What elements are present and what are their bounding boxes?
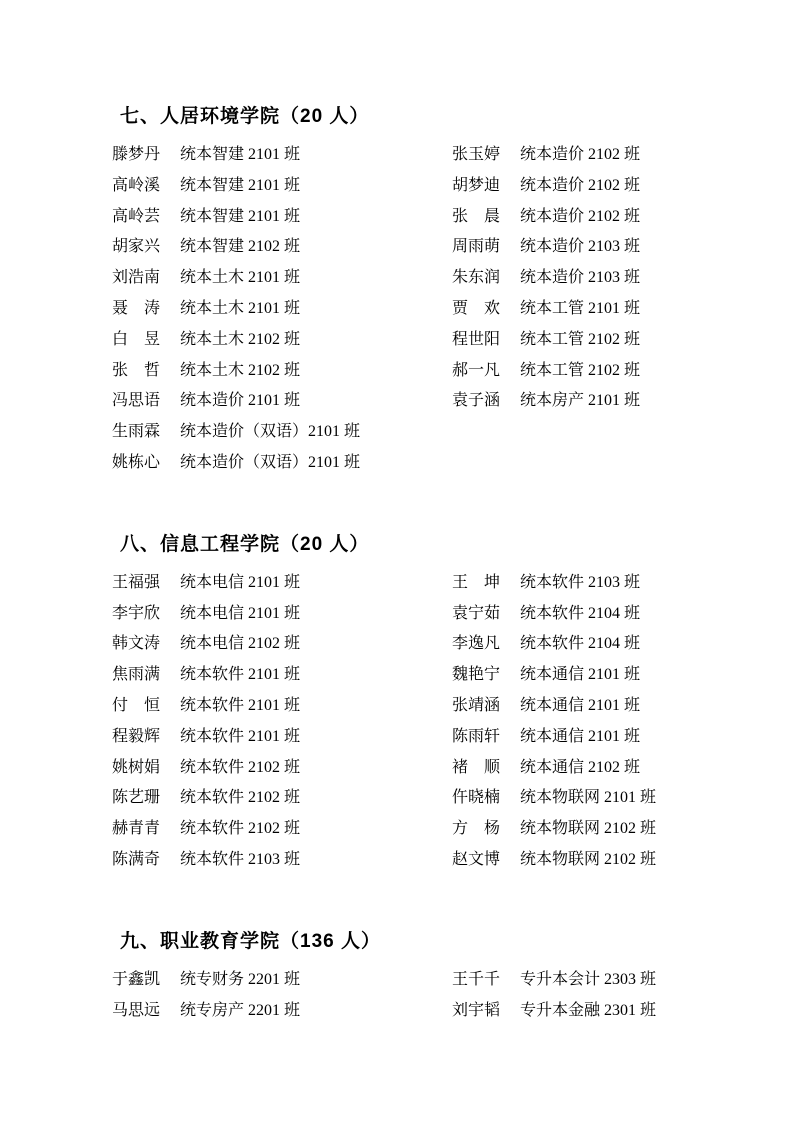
student-name: 马思远	[112, 1003, 180, 1019]
student-row: 焦雨满 统本软件 2101 班	[112, 667, 452, 683]
section-vocational-education: 九、职业教育学院（136 人） 于鑫凯 统专财务 2201 班 马思远 统专房产…	[112, 932, 757, 1034]
student-row: 仵晓楠 统本物联网 2101 班	[452, 790, 757, 806]
column-left: 于鑫凯 统专财务 2201 班 马思远 统专房产 2201 班	[112, 972, 452, 1034]
student-name: 袁子涵	[452, 393, 520, 409]
section-columns: 王福强 统本电信 2101 班 李宇欣 统本电信 2101 班 韩文涛 统本电信…	[112, 575, 757, 883]
student-name: 姚树娟	[112, 760, 180, 776]
student-name: 生雨霖	[112, 424, 180, 440]
student-row: 白 昱 统本土木 2102 班	[112, 332, 452, 348]
student-class: 统本工管 2102 班	[520, 332, 757, 348]
student-class: 统本通信 2101 班	[520, 698, 757, 714]
student-row: 张玉婷 统本造价 2102 班	[452, 147, 757, 163]
student-name: 张 晨	[452, 209, 520, 225]
student-name: 王福强	[112, 575, 180, 591]
student-row: 付 恒 统本软件 2101 班	[112, 698, 452, 714]
section-title: 九、职业教育学院（136 人）	[120, 932, 757, 952]
student-row: 姚栋心 统本造价（双语）2101 班	[112, 455, 452, 471]
student-class: 统本软件 2104 班	[520, 606, 757, 622]
student-name: 周雨萌	[452, 239, 520, 255]
student-name: 姚栋心	[112, 455, 180, 471]
student-class: 统本软件 2102 班	[180, 760, 452, 776]
student-row: 张 晨 统本造价 2102 班	[452, 209, 757, 225]
student-class: 统本电信 2102 班	[180, 636, 452, 652]
student-class: 统本造价 2102 班	[520, 209, 757, 225]
student-class: 统本软件 2101 班	[180, 698, 452, 714]
student-name: 刘宇韬	[452, 1003, 520, 1019]
student-name: 胡梦迪	[452, 178, 520, 194]
student-row: 胡家兴 统本智建 2102 班	[112, 239, 452, 255]
student-class: 统本智建 2101 班	[180, 147, 452, 163]
student-row: 王 坤 统本软件 2103 班	[452, 575, 757, 591]
student-row: 王福强 统本电信 2101 班	[112, 575, 452, 591]
student-row: 赵文博 统本物联网 2102 班	[452, 852, 757, 868]
student-row: 程毅辉 统本软件 2101 班	[112, 729, 452, 745]
student-row: 滕梦丹 统本智建 2101 班	[112, 147, 452, 163]
student-class: 统本物联网 2102 班	[520, 821, 757, 837]
student-row: 张 哲 统本土木 2102 班	[112, 363, 452, 379]
student-class: 统专财务 2201 班	[180, 972, 452, 988]
student-row: 贾 欢 统本工管 2101 班	[452, 301, 757, 317]
student-name: 魏艳宁	[452, 667, 520, 683]
student-class: 统本土木 2102 班	[180, 332, 452, 348]
student-class: 统本软件 2103 班	[180, 852, 452, 868]
student-class: 统本土木 2102 班	[180, 363, 452, 379]
section-information-engineering: 八、信息工程学院（20 人） 王福强 统本电信 2101 班 李宇欣 统本电信 …	[112, 535, 757, 883]
student-row: 刘浩南 统本土木 2101 班	[112, 270, 452, 286]
student-name: 李逸凡	[452, 636, 520, 652]
student-row: 袁子涵 统本房产 2101 班	[452, 393, 757, 409]
student-name: 程世阳	[452, 332, 520, 348]
student-name: 陈满奇	[112, 852, 180, 868]
student-name: 冯思语	[112, 393, 180, 409]
section-title: 七、人居环境学院（20 人）	[120, 107, 757, 127]
student-name: 李宇欣	[112, 606, 180, 622]
student-class: 统本通信 2102 班	[520, 760, 757, 776]
student-row: 聂 涛 统本土木 2101 班	[112, 301, 452, 317]
section-columns: 于鑫凯 统专财务 2201 班 马思远 统专房产 2201 班 王千千 专升本会…	[112, 972, 757, 1034]
student-name: 高岭芸	[112, 209, 180, 225]
student-row: 赫青青 统本软件 2102 班	[112, 821, 452, 837]
student-class: 统本软件 2101 班	[180, 667, 452, 683]
student-name: 高岭溪	[112, 178, 180, 194]
student-class: 统本房产 2101 班	[520, 393, 757, 409]
student-name: 于鑫凯	[112, 972, 180, 988]
student-class: 统本工管 2101 班	[520, 301, 757, 317]
column-right: 王千千 专升本会计 2303 班 刘宇韬 专升本金融 2301 班	[452, 972, 757, 1034]
student-name: 张玉婷	[452, 147, 520, 163]
student-name: 刘浩南	[112, 270, 180, 286]
student-name: 仵晓楠	[452, 790, 520, 806]
student-name: 朱东润	[452, 270, 520, 286]
student-row: 刘宇韬 专升本金融 2301 班	[452, 1003, 757, 1019]
student-name: 郝一凡	[452, 363, 520, 379]
student-class: 统本物联网 2102 班	[520, 852, 757, 868]
student-class: 统本造价（双语）2101 班	[180, 455, 452, 471]
student-class: 统本造价（双语）2101 班	[180, 424, 452, 440]
student-row: 袁宁茹 统本软件 2104 班	[452, 606, 757, 622]
column-right: 张玉婷 统本造价 2102 班 胡梦迪 统本造价 2102 班 张 晨 统本造价…	[452, 147, 757, 424]
student-class: 统本软件 2101 班	[180, 729, 452, 745]
student-row: 马思远 统专房产 2201 班	[112, 1003, 452, 1019]
student-row: 于鑫凯 统专财务 2201 班	[112, 972, 452, 988]
student-class: 统本智建 2102 班	[180, 239, 452, 255]
student-name: 付 恒	[112, 698, 180, 714]
document-content: 七、人居环境学院（20 人） 滕梦丹 统本智建 2101 班 高岭溪 统本智建 …	[112, 107, 757, 1082]
student-row: 魏艳宁 统本通信 2101 班	[452, 667, 757, 683]
student-name: 白 昱	[112, 332, 180, 348]
student-name: 褚 顺	[452, 760, 520, 776]
student-name: 张 哲	[112, 363, 180, 379]
section-human-settlements: 七、人居环境学院（20 人） 滕梦丹 统本智建 2101 班 高岭溪 统本智建 …	[112, 107, 757, 486]
student-class: 统本土木 2101 班	[180, 301, 452, 317]
student-class: 统本造价 2101 班	[180, 393, 452, 409]
student-class: 统本通信 2101 班	[520, 667, 757, 683]
student-row: 陈雨轩 统本通信 2101 班	[452, 729, 757, 745]
student-class: 统本造价 2103 班	[520, 270, 757, 286]
student-class: 统本通信 2101 班	[520, 729, 757, 745]
student-name: 滕梦丹	[112, 147, 180, 163]
student-class: 统本造价 2102 班	[520, 147, 757, 163]
student-row: 李宇欣 统本电信 2101 班	[112, 606, 452, 622]
student-row: 朱东润 统本造价 2103 班	[452, 270, 757, 286]
student-row: 褚 顺 统本通信 2102 班	[452, 760, 757, 776]
student-class: 统本智建 2101 班	[180, 209, 452, 225]
student-name: 焦雨满	[112, 667, 180, 683]
student-class: 统本软件 2103 班	[520, 575, 757, 591]
student-row: 郝一凡 统本工管 2102 班	[452, 363, 757, 379]
student-class: 统本物联网 2101 班	[520, 790, 757, 806]
student-row: 冯思语 统本造价 2101 班	[112, 393, 452, 409]
student-row: 胡梦迪 统本造价 2102 班	[452, 178, 757, 194]
student-name: 张靖涵	[452, 698, 520, 714]
student-row: 方 杨 统本物联网 2102 班	[452, 821, 757, 837]
student-name: 韩文涛	[112, 636, 180, 652]
student-row: 周雨萌 统本造价 2103 班	[452, 239, 757, 255]
student-row: 王千千 专升本会计 2303 班	[452, 972, 757, 988]
student-name: 赵文博	[452, 852, 520, 868]
student-name: 袁宁茹	[452, 606, 520, 622]
student-name: 聂 涛	[112, 301, 180, 317]
student-name: 程毅辉	[112, 729, 180, 745]
student-class: 统本软件 2102 班	[180, 790, 452, 806]
student-name: 陈艺珊	[112, 790, 180, 806]
student-row: 姚树娟 统本软件 2102 班	[112, 760, 452, 776]
student-row: 陈满奇 统本软件 2103 班	[112, 852, 452, 868]
student-name: 王千千	[452, 972, 520, 988]
column-left: 王福强 统本电信 2101 班 李宇欣 统本电信 2101 班 韩文涛 统本电信…	[112, 575, 452, 883]
student-row: 高岭溪 统本智建 2101 班	[112, 178, 452, 194]
student-name: 王 坤	[452, 575, 520, 591]
section-title: 八、信息工程学院（20 人）	[120, 535, 757, 555]
student-row: 生雨霖 统本造价（双语）2101 班	[112, 424, 452, 440]
student-row: 李逸凡 统本软件 2104 班	[452, 636, 757, 652]
student-class: 专升本金融 2301 班	[520, 1003, 757, 1019]
student-class: 统本土木 2101 班	[180, 270, 452, 286]
section-columns: 滕梦丹 统本智建 2101 班 高岭溪 统本智建 2101 班 高岭芸 统本智建…	[112, 147, 757, 486]
student-class: 统本工管 2102 班	[520, 363, 757, 379]
student-class: 统本电信 2101 班	[180, 606, 452, 622]
student-row: 陈艺珊 统本软件 2102 班	[112, 790, 452, 806]
column-right: 王 坤 统本软件 2103 班 袁宁茹 统本软件 2104 班 李逸凡 统本软件…	[452, 575, 757, 883]
student-row: 程世阳 统本工管 2102 班	[452, 332, 757, 348]
student-class: 统本软件 2102 班	[180, 821, 452, 837]
column-left: 滕梦丹 统本智建 2101 班 高岭溪 统本智建 2101 班 高岭芸 统本智建…	[112, 147, 452, 486]
student-row: 韩文涛 统本电信 2102 班	[112, 636, 452, 652]
student-row: 高岭芸 统本智建 2101 班	[112, 209, 452, 225]
student-row: 张靖涵 统本通信 2101 班	[452, 698, 757, 714]
student-name: 陈雨轩	[452, 729, 520, 745]
student-class: 统专房产 2201 班	[180, 1003, 452, 1019]
student-class: 统本软件 2104 班	[520, 636, 757, 652]
student-name: 贾 欢	[452, 301, 520, 317]
student-name: 赫青青	[112, 821, 180, 837]
student-class: 统本造价 2103 班	[520, 239, 757, 255]
student-class: 统本电信 2101 班	[180, 575, 452, 591]
student-class: 专升本会计 2303 班	[520, 972, 757, 988]
student-class: 统本智建 2101 班	[180, 178, 452, 194]
student-class: 统本造价 2102 班	[520, 178, 757, 194]
document-page: 七、人居环境学院（20 人） 滕梦丹 统本智建 2101 班 高岭溪 统本智建 …	[0, 0, 794, 1123]
student-name: 胡家兴	[112, 239, 180, 255]
student-name: 方 杨	[452, 821, 520, 837]
